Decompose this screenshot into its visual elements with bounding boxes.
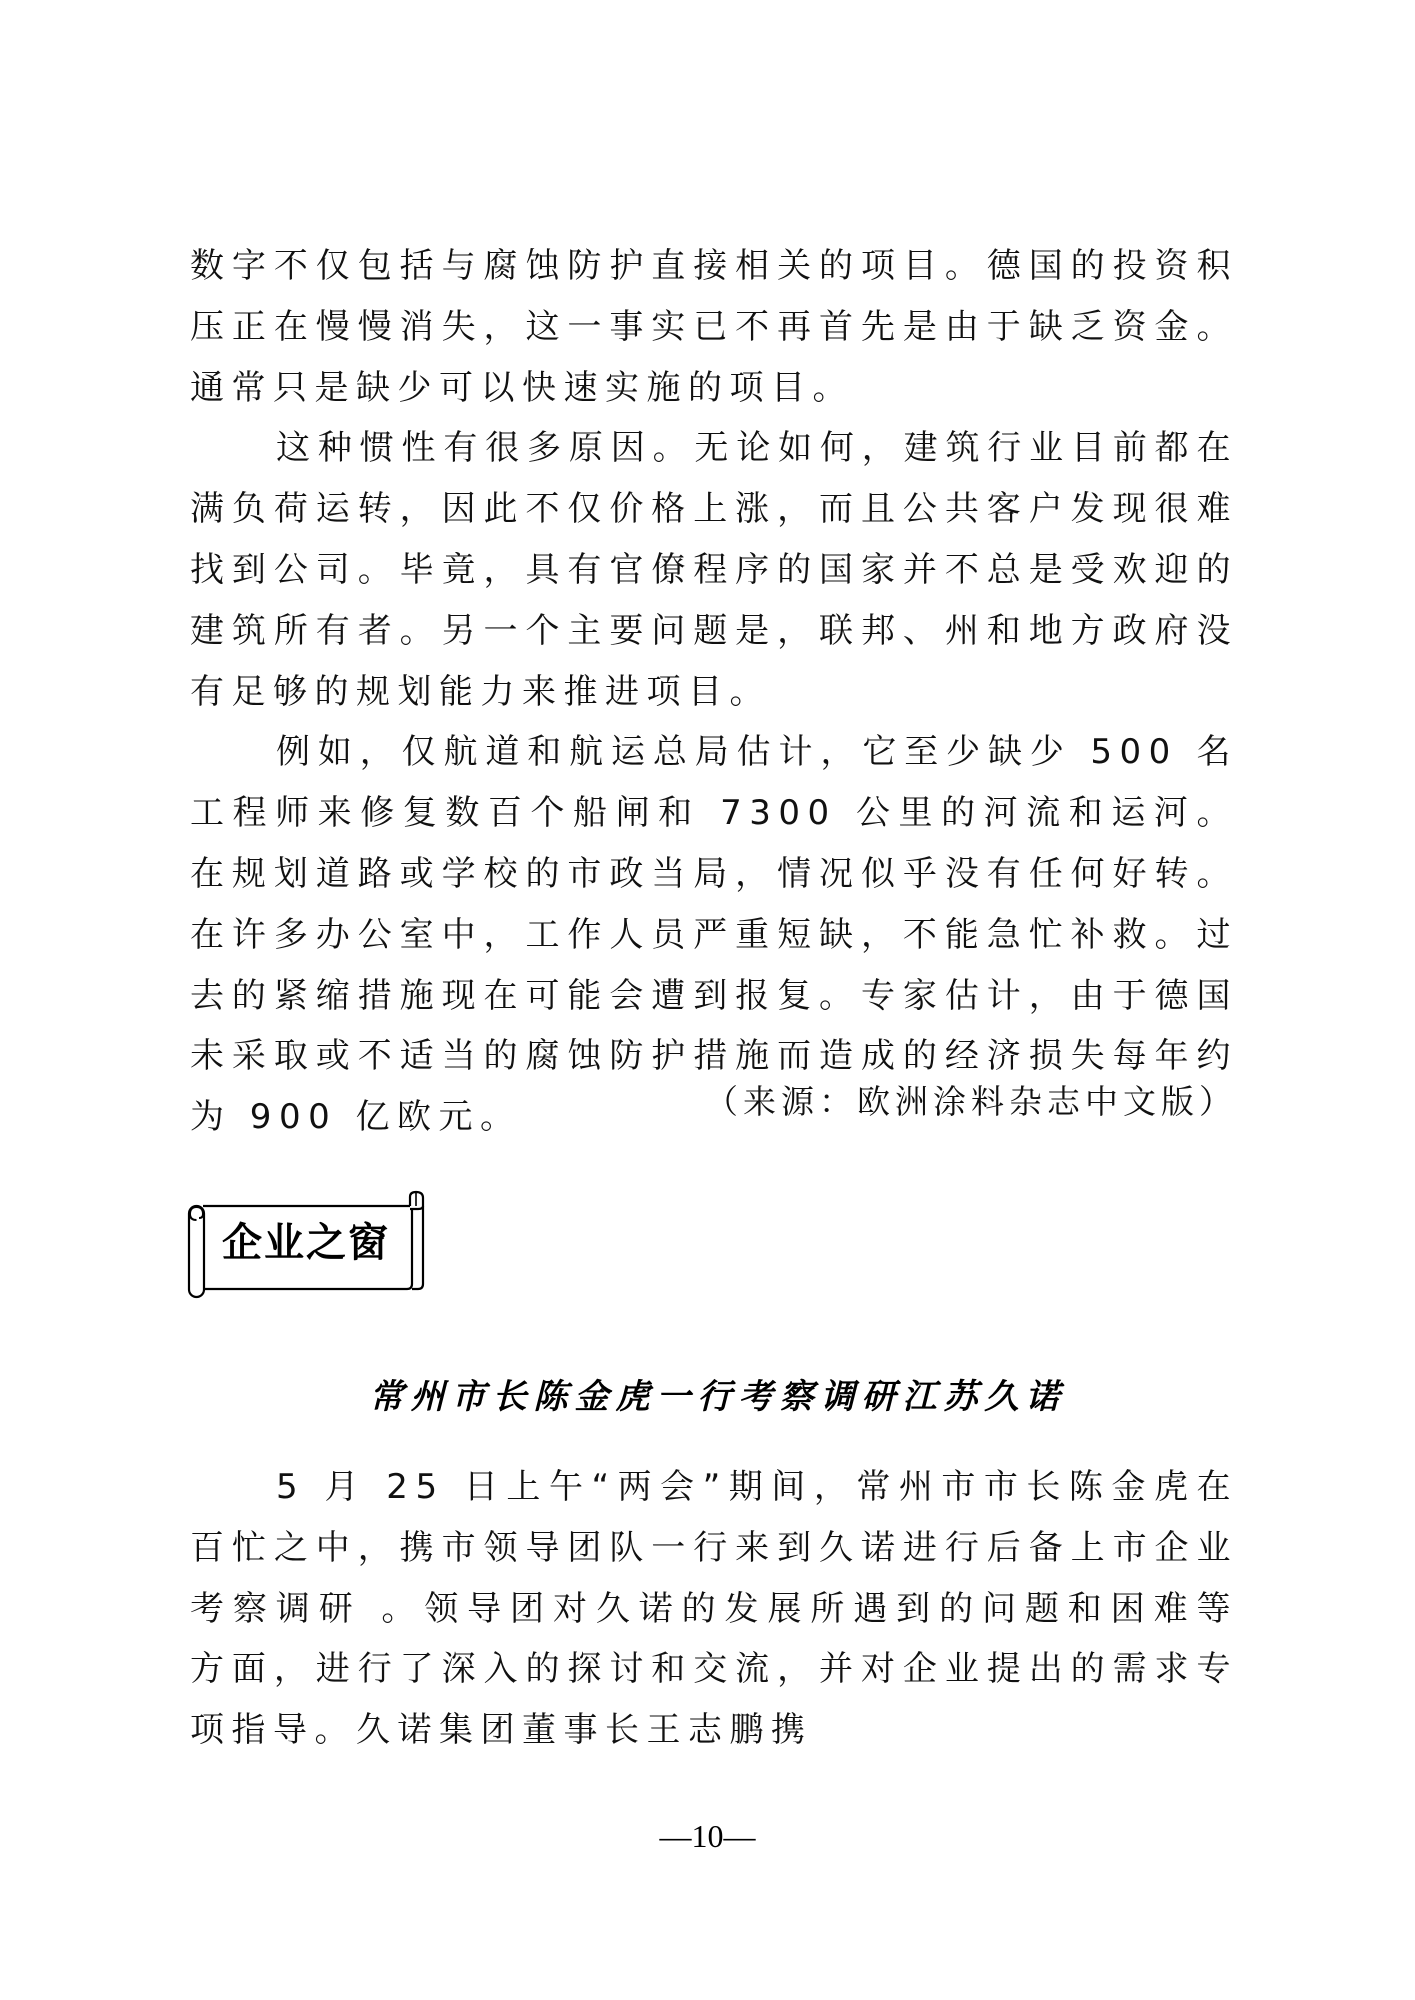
paragraph: 5 月 25 日上午“两会”期间，常州市市长陈金虎在百忙之中，携市领导团队一行来…	[190, 1457, 1238, 1761]
page-number: —10—	[0, 1816, 1415, 1856]
document-page: 数字不仅包括与腐蚀防护直接相关的项目。德国的投资积压正在慢慢消失，这一事实已不再…	[0, 0, 1415, 2000]
section-banner: 企业之窗	[186, 1190, 428, 1300]
section-banner-label: 企业之窗	[222, 1220, 390, 1266]
continued-article-body: 数字不仅包括与腐蚀防护直接相关的项目。德国的投资积压正在慢慢消失，这一事实已不再…	[190, 236, 1238, 1148]
paragraph: 这种惯性有很多原因。无论如何，建筑行业目前都在满负荷运转，因此不仅价格上涨，而且…	[190, 418, 1238, 722]
article-title: 常州市长陈金虎一行考察调研江苏久诺	[362, 1372, 1074, 1422]
source-citation: （来源：欧洲涂料杂志中文版）	[705, 1077, 1237, 1127]
new-article-body: 5 月 25 日上午“两会”期间，常州市市长陈金虎在百忙之中，携市领导团队一行来…	[190, 1457, 1238, 1761]
paragraph: 数字不仅包括与腐蚀防护直接相关的项目。德国的投资积压正在慢慢消失，这一事实已不再…	[190, 236, 1238, 418]
